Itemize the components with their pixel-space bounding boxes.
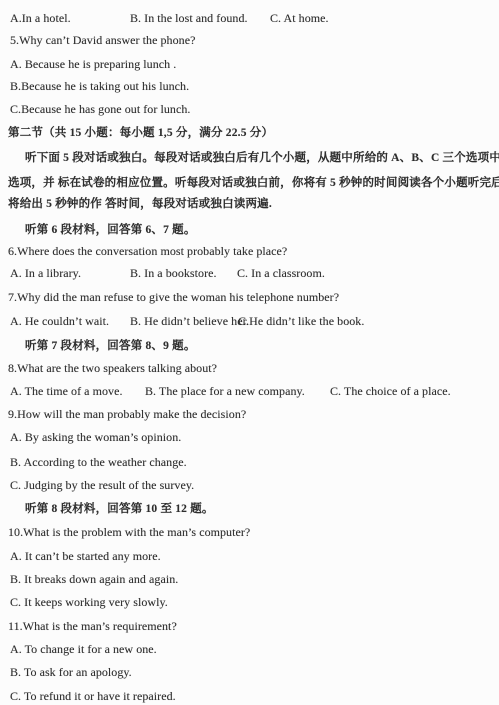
text-line: 10.What is the problem with the man’s co… [0,525,499,542]
text-line: C. Judging by the result of the survey. [0,478,499,495]
instructions-line-2: 选项，并 标在试卷的相应位置。听每段对话或独白前，你将有 5 秒钟的时间阅读各个… [8,174,499,190]
question-6: 6.Where does the conversation most proba… [8,244,287,259]
text-line: C.Because he has gone out for lunch. [0,102,499,119]
text-line: A.In a hotel.B. In the lost and found.C.… [0,11,499,28]
option-b: B. The place for a new company. [145,384,305,399]
option-c: C. It keeps working very slowly. [10,595,168,610]
option-c: C. In a classroom. [237,266,325,281]
option-a: A.In a hotel. [10,11,71,26]
text-line: A. In a library.B. In a bookstore.C. In … [0,266,499,283]
text-line: 5.Why can’t David answer the phone? [0,33,499,50]
option-a: A. To change it for a new one. [10,642,157,657]
text-line: 7.Why did the man refuse to give the wom… [0,290,499,307]
question-10: 10.What is the problem with the man’s co… [8,525,250,540]
option-b: B. In a bookstore. [130,266,217,281]
question-5: 5.Why can’t David answer the phone? [10,33,195,48]
instructions-line-1: 听下面 5 段对话或独白。每段对话或独白后有几个小题，从题中所给的 A、B、C … [25,149,499,165]
instructions-line-3: 将给出 5 秒钟的作 答时间，每段对话或独白读两遍. [8,195,272,211]
text-line: 第二节（共 15 小题：每小题 1,5 分，满分 22.5 分） [0,124,499,141]
option-b: B. He didn’t believe her. [130,314,249,329]
text-line: 听第 7 段材料，回答第 8、9 题。 [0,337,499,354]
text-line: 9.How will the man probably make the dec… [0,407,499,424]
text-line: A. The time of a move.B. The place for a… [0,384,499,401]
option-b: B. In the lost and found. [130,11,248,26]
text-line: C. It keeps working very slowly. [0,595,499,612]
option-b: B. It breaks down again and again. [10,572,178,587]
option-c: C.Because he has gone out for lunch. [10,102,190,117]
text-line: 听第 6 段材料，回答第 6、7 题。 [0,221,499,238]
option-c: C. To refund it or have it repaired. [10,689,176,704]
text-line: 听下面 5 段对话或独白。每段对话或独白后有几个小题，从题中所给的 A、B、C … [0,149,499,166]
option-a: A. He couldn’t wait. [10,314,109,329]
text-line: A. It can’t be started any more. [0,549,499,566]
option-a: A. Because he is preparing lunch . [10,57,176,72]
text-line: B. According to the weather change. [0,455,499,472]
option-a: A. It can’t be started any more. [10,549,161,564]
question-9: 9.How will the man probably make the dec… [8,407,246,422]
option-c: C. At home. [270,11,329,26]
option-b: B. According to the weather change. [10,455,187,470]
option-b: B. To ask for an apology. [10,665,132,680]
text-line: A. By asking the woman’s opinion. [0,430,499,447]
text-line: C. To refund it or have it repaired. [0,689,499,705]
text-line: 6.Where does the conversation most proba… [0,244,499,261]
section-heading: 第二节（共 15 小题：每小题 1,5 分，满分 22.5 分） [8,124,273,140]
option-c: C.He didn’t like the book. [238,314,364,329]
option-c: C. The choice of a place. [330,384,451,399]
text-line: 听第 8 段材料，回答第 10 至 12 题。 [0,500,499,517]
material-6-prompt: 听第 6 段材料，回答第 6、7 题。 [25,221,196,237]
option-a: A. The time of a move. [10,384,123,399]
text-line: A. He couldn’t wait.B. He didn’t believe… [0,314,499,331]
text-line: A. Because he is preparing lunch . [0,57,499,74]
text-line: 将给出 5 秒钟的作 答时间，每段对话或独白读两遍. [0,195,499,212]
text-line: B.Because he is taking out his lunch. [0,79,499,96]
material-8-prompt: 听第 8 段材料，回答第 10 至 12 题。 [25,500,214,516]
option-c: C. Judging by the result of the survey. [10,478,194,493]
option-b: B.Because he is taking out his lunch. [10,79,189,94]
text-line: 选项，并 标在试卷的相应位置。听每段对话或独白前，你将有 5 秒钟的时间阅读各个… [0,174,499,191]
question-8: 8.What are the two speakers talking abou… [8,361,217,376]
text-line: 8.What are the two speakers talking abou… [0,361,499,378]
text-line: B. It breaks down again and again. [0,572,499,589]
option-a: A. By asking the woman’s opinion. [10,430,181,445]
exam-document-page: A.In a hotel.B. In the lost and found.C.… [0,0,499,705]
question-11: 11.What is the man’s requirement? [8,619,177,634]
text-line: A. To change it for a new one. [0,642,499,659]
text-line: B. To ask for an apology. [0,665,499,682]
material-7-prompt: 听第 7 段材料，回答第 8、9 题。 [25,337,196,353]
question-7: 7.Why did the man refuse to give the wom… [8,290,339,305]
text-line: 11.What is the man’s requirement? [0,619,499,636]
option-a: A. In a library. [10,266,81,281]
